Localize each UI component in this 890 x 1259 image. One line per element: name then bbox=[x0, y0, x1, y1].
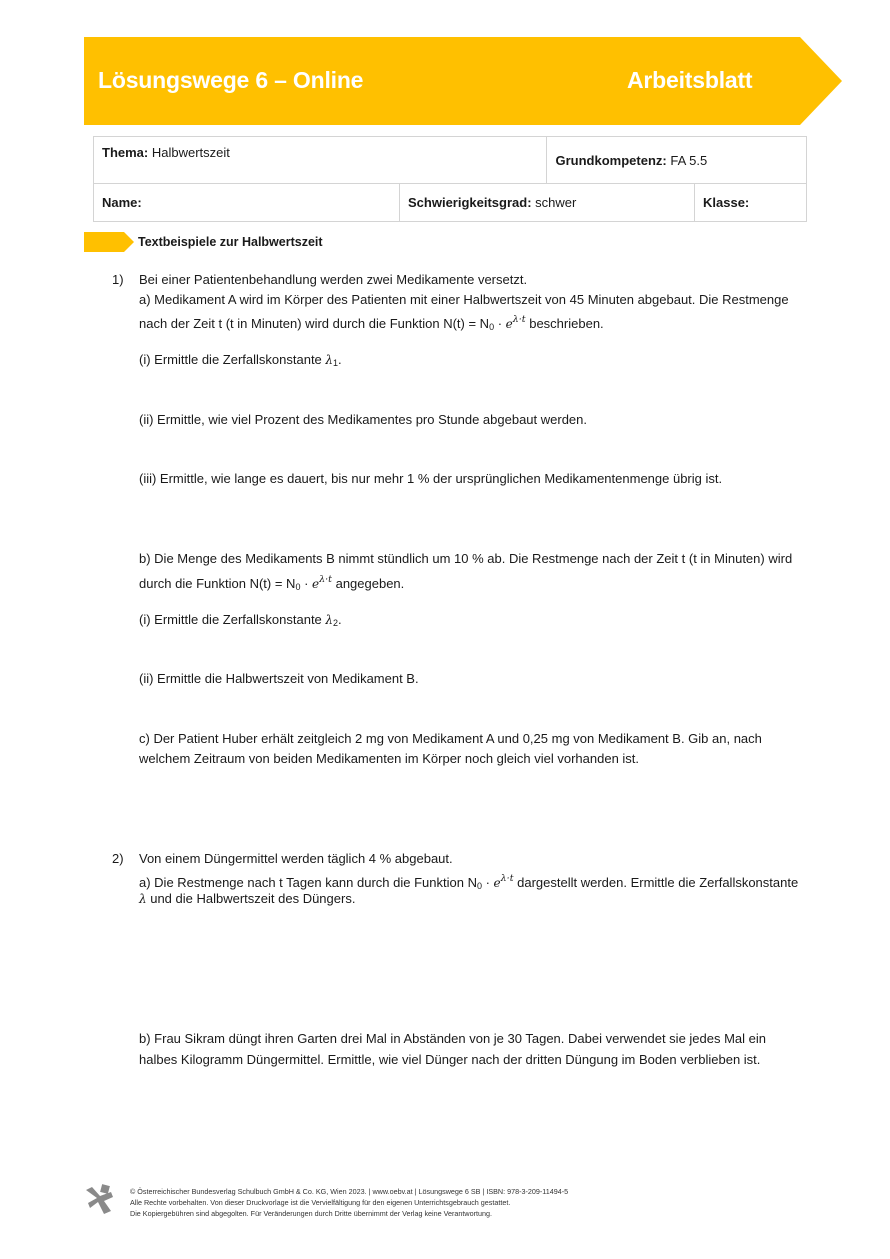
grundkompetenz-cell: Grundkompetenz: FA 5.5 bbox=[547, 137, 807, 184]
lambda: λ bbox=[325, 353, 333, 367]
dot: · bbox=[494, 316, 506, 331]
worksheet-info-table: Thema: Halbwertszeit Grundkompetenz: FA … bbox=[93, 136, 807, 222]
dot: · bbox=[482, 875, 494, 890]
text: dargestellt werden. Ermittle die Zerfall… bbox=[514, 875, 799, 890]
dot: · bbox=[300, 576, 312, 591]
text: nach der Zeit t (t in Minuten) wird durc… bbox=[139, 316, 489, 331]
thema-value: Halbwertszeit bbox=[152, 145, 230, 160]
thema-cell: Thema: Halbwertszeit bbox=[94, 137, 547, 184]
task-1c-line2: welchem Zeitraum von beiden Medikamenten… bbox=[139, 749, 639, 769]
text: und die Halbwertszeit des Düngers. bbox=[147, 891, 356, 906]
task-2-intro: Von einem Düngermittel werden täglich 4 … bbox=[139, 849, 453, 869]
header-banner: Lösungswege 6 – Online Arbeitsblatt bbox=[84, 37, 842, 125]
footer-line-1: © Österreichischer Bundesverlag Schulbuc… bbox=[130, 1186, 568, 1197]
task-1a-line1: a) Medikament A wird im Körper des Patie… bbox=[139, 290, 789, 310]
text: a) Die Restmenge nach t Tagen kann durch… bbox=[139, 875, 477, 890]
grundkompetenz-label: Grundkompetenz: bbox=[555, 153, 666, 168]
task-2b-line1: b) Frau Sikram düngt ihren Garten drei M… bbox=[139, 1029, 766, 1049]
task-1b-ii: (ii) Ermittle die Halbwertszeit von Medi… bbox=[139, 669, 419, 689]
task-1a-line2: nach der Zeit t (t in Minuten) wird durc… bbox=[139, 310, 604, 337]
footer-line-2: Alle Rechte vorbehalten. Von dieser Druc… bbox=[130, 1197, 568, 1208]
section-arrow-icon bbox=[84, 232, 134, 252]
task-1c-line1: c) Der Patient Huber erhält zeitgleich 2… bbox=[139, 729, 762, 749]
klasse-cell[interactable]: Klasse: bbox=[695, 184, 807, 222]
text: (i) Ermittle die Zerfallskonstante bbox=[139, 612, 325, 627]
publisher-logo-icon bbox=[84, 1184, 114, 1216]
exponent: λ·t bbox=[513, 314, 526, 325]
grundkompetenz-value: FA 5.5 bbox=[670, 153, 707, 168]
lambda: λ bbox=[325, 613, 333, 627]
euler-e: e bbox=[494, 876, 501, 890]
text: angegeben. bbox=[332, 576, 404, 591]
name-label: Name: bbox=[102, 195, 142, 210]
thema-label: Thema: bbox=[102, 145, 148, 160]
task-1a-i: (i) Ermittle die Zerfallskonstante λ1. bbox=[139, 350, 342, 373]
euler-e: e bbox=[506, 317, 513, 331]
footer-line-3: Die Kopiergebühren sind abgegolten. Für … bbox=[130, 1208, 568, 1219]
footer-copyright: © Österreichischer Bundesverlag Schulbuc… bbox=[130, 1186, 568, 1219]
schwierigkeit-label: Schwierigkeitsgrad: bbox=[408, 195, 532, 210]
task-1-number: 1) bbox=[112, 270, 124, 290]
exponent: λ·t bbox=[501, 873, 514, 884]
lambda: λ bbox=[139, 892, 147, 906]
text: (i) Ermittle die Zerfallskonstante bbox=[139, 352, 325, 367]
task-2b-line2: halbes Kilogramm Düngermittel. Ermittle,… bbox=[139, 1050, 760, 1070]
klasse-label: Klasse: bbox=[703, 195, 749, 210]
text: . bbox=[338, 352, 342, 367]
task-1b-line1: b) Die Menge des Medikaments B nimmt stü… bbox=[139, 549, 792, 569]
text: durch die Funktion N(t) = N bbox=[139, 576, 295, 591]
schwierigkeit-cell: Schwierigkeitsgrad: schwer bbox=[400, 184, 695, 222]
task-1-intro: Bei einer Patientenbehandlung werden zwe… bbox=[139, 270, 527, 290]
text: . bbox=[338, 612, 342, 627]
task-1a-iii: (iii) Ermittle, wie lange es dauert, bis… bbox=[139, 469, 722, 489]
document-type: Arbeitsblatt bbox=[627, 67, 752, 94]
exponent: λ·t bbox=[319, 574, 332, 585]
task-2a-line2: λ und die Halbwertszeit des Düngers. bbox=[139, 889, 355, 909]
section-title: Textbeispiele zur Halbwertszeit bbox=[138, 235, 323, 249]
task-1a-ii: (ii) Ermittle, wie viel Prozent des Medi… bbox=[139, 410, 587, 430]
task-2-number: 2) bbox=[112, 849, 124, 869]
text: beschrieben. bbox=[526, 316, 604, 331]
task-1b-line2: durch die Funktion N(t) = N0 · eλ·t ange… bbox=[139, 570, 404, 597]
task-1b-i: (i) Ermittle die Zerfallskonstante λ2. bbox=[139, 610, 342, 633]
name-cell[interactable]: Name: bbox=[94, 184, 400, 222]
schwierigkeit-value: schwer bbox=[535, 195, 576, 210]
header-title: Lösungswege 6 – Online bbox=[98, 67, 363, 94]
